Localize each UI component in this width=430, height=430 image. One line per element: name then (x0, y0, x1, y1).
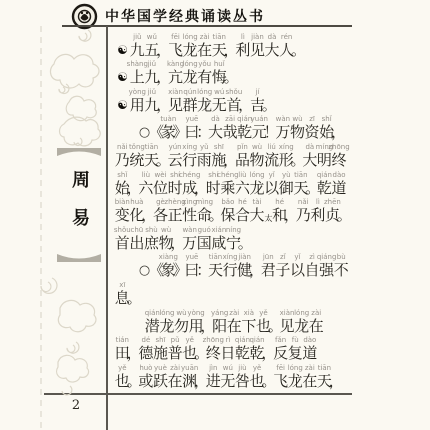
text-line: xī息。 (109, 279, 365, 307)
hanzi-with-pinyin: dà大 (265, 33, 280, 59)
tab-bracket-bottom (57, 254, 101, 262)
hanzi-char: 不 (334, 262, 349, 279)
hanzi-char: 见 (168, 97, 183, 114)
hanzi-with-pinyin: shàng上 (130, 60, 145, 86)
hanzi-with-pinyin: zài在 (303, 364, 318, 390)
hanzi-with-pinyin: yáng阳 (212, 309, 227, 335)
hanzi-with-pinyin: lì利 (236, 33, 251, 59)
hanzi-char: 大 (250, 207, 265, 224)
hanzi-with-pinyin: zhèng正 (168, 198, 183, 224)
hanzi-with-pinyin: wù物 (250, 143, 265, 169)
hanzi-char: 阳 (212, 318, 227, 335)
punctuation: 。 (227, 60, 236, 86)
hanzi-char: 君 (261, 262, 276, 279)
hanzi-char: 上 (130, 69, 145, 86)
hanzi-with-pinyin: wèi位 (153, 171, 168, 197)
hanzi-with-pinyin: jiàn见 (250, 33, 265, 59)
hanzi-char: 有 (197, 69, 212, 86)
hanzi-with-pinyin: xíng行 (223, 253, 238, 279)
hanzi-with-pinyin: qián潜 (145, 309, 160, 335)
hanzi-char: 道 (332, 180, 347, 197)
hanzi-char: 庶 (144, 235, 159, 252)
hanzi-with-pinyin: chéng乘 (221, 171, 236, 197)
punctuation: 》 (176, 253, 185, 279)
punctuation: ， (130, 336, 139, 362)
hanzi-char: 首 (115, 235, 130, 252)
hanzi-char: 利 (235, 42, 250, 59)
hanzi-with-pinyin: wù物 (290, 115, 305, 141)
hanzi-with-pinyin: kàng亢 (168, 60, 183, 86)
hanzi-with-pinyin: yǔ雨 (197, 143, 212, 169)
hanzi-char: 太 (264, 213, 272, 224)
hanzi-char: 。 (238, 235, 253, 252)
hanzi-char: 子 (275, 262, 290, 279)
text-line: shǐ始，liù六wèi位shí时chéng成，shí时chéng乘liù六ló… (109, 169, 365, 197)
punctuation: ， (197, 171, 206, 197)
hanzi-char: 出 (129, 235, 144, 252)
hanzi-with-pinyin: jiǔ九 (130, 33, 145, 59)
hanzi-with-pinyin: dà大 (208, 115, 223, 141)
punctuation: ， (144, 198, 153, 224)
punctuation: ， (252, 253, 261, 279)
text-line: ○《tuàn彖》yuē曰：dà大zāi哉qián乾yuán元！wàn万wù物zī… (109, 114, 365, 142)
page-number: 2 (64, 398, 88, 413)
hanzi-char: 龙 (183, 69, 198, 86)
taiji-bullet-icon: ☯ (115, 97, 130, 114)
hanzi-with-pinyin: fēi飞 (168, 33, 183, 59)
hanzi-char: 位 (153, 180, 168, 197)
hanzi-char: 大 (208, 124, 223, 141)
hanzi-with-pinyin: zài在 (227, 309, 242, 335)
hanzi-with-pinyin: bǎo保 (221, 198, 236, 224)
hanzi-with-pinyin: shù庶 (144, 226, 159, 252)
hanzi-char: 六 (235, 180, 250, 197)
book-title-char-zhou: 周 (64, 166, 98, 192)
hanzi-with-pinyin: rì日 (221, 336, 236, 362)
punctuation: ， (241, 88, 250, 114)
hanzi-char: 以 (290, 262, 305, 279)
punctuation: 。 (271, 309, 280, 335)
text-line: shǒu首chū出shù庶wù物，wàn万guó国xián咸níng宁。 (109, 224, 365, 252)
hanzi-char: 时 (168, 180, 183, 197)
punctuation: ， (287, 198, 296, 224)
hanzi-with-pinyin: zhōng终 (332, 143, 347, 169)
hanzi-with-pinyin: wàn万 (182, 226, 197, 252)
hanzi-char: 乾 (237, 124, 252, 141)
punctuation: 。 (340, 198, 349, 224)
hanzi-char: 终 (332, 152, 347, 169)
punctuation: ！ (267, 115, 276, 141)
text-line: ☯jiǔ九wǔ五，fēi飞lóng龙zài在tiān天，lì利jiàn见dà大r… (109, 31, 365, 59)
hanzi-with-pinyin: zāi哉 (223, 115, 238, 141)
hanzi-with-pinyin: jūn君 (261, 253, 276, 279)
hanzi-char: 资 (305, 124, 320, 141)
hanzi-char: 乃 (296, 207, 311, 224)
hanzi-char: 龙 (197, 97, 212, 114)
hanzi-char: 雨 (197, 152, 212, 169)
hanzi-char: 大 (265, 42, 280, 59)
hanzi-char: 咸 (211, 235, 226, 252)
hanzi-char: 道 (302, 345, 317, 362)
hanzi-char: 无 (220, 373, 235, 390)
text-line: ☯yòng用jiǔ九，xiàn见qún群lóng龙wú无shǒu首，jí吉。 (109, 86, 365, 114)
hanzi-char: 乃 (115, 152, 130, 169)
hanzi-with-pinyin: biàn变 (115, 198, 130, 224)
punctuation: 。 (130, 364, 139, 390)
hanzi-char: 大 (302, 152, 317, 169)
punctuation: 。 (241, 226, 250, 252)
hanzi-char: 物 (250, 152, 265, 169)
hanzi-with-pinyin: liù六 (139, 171, 154, 197)
hanzi-with-pinyin: zǐ子 (276, 253, 291, 279)
hanzi-with-pinyin: nǎi乃 (296, 198, 311, 224)
hanzi-char: 九 (130, 42, 145, 59)
hanzi-char: 云 (168, 152, 183, 169)
hanzi-char: 行 (182, 152, 197, 169)
hanzi-with-pinyin: dào道 (303, 336, 318, 362)
hanzi-with-pinyin: huò或 (139, 364, 154, 390)
hanzi-char: 哉 (223, 124, 238, 141)
hanzi-char: 乾 (317, 180, 332, 197)
hanzi-char: 亢 (168, 69, 183, 86)
hanzi-with-pinyin: dé德 (139, 336, 154, 362)
hanzi-char: 终 (206, 345, 221, 362)
punctuation: ， (159, 88, 168, 114)
hanzi-with-pinyin: zài在 (197, 33, 212, 59)
text-block: ☯jiǔ九wǔ五，fēi飞lóng龙zài在tiān天，lì利jiàn见dà大r… (109, 31, 365, 390)
hanzi-with-pinyin: qián乾 (235, 336, 250, 362)
punctuation: ： (199, 115, 208, 141)
text-line: yě也。huò或yuè跃zài在yuān渊，jìn进wú无jiù咎yě也。fēi… (109, 362, 365, 390)
hanzi-char: 统 (129, 152, 144, 169)
hanzi-char: 在 (227, 318, 242, 335)
punctuation: 。 (130, 281, 139, 307)
hanzi-with-pinyin: qún群 (183, 88, 198, 114)
hanzi-char: 飞 (273, 373, 288, 390)
hanzi-with-pinyin: qiáng强 (319, 253, 334, 279)
text-line: qián潜lóng龙wù勿yòng用，yáng阳zài在xià下yě也。xiàn… (109, 307, 365, 335)
hanzi-with-pinyin: bù不 (334, 253, 349, 279)
hanzi-char: 德 (138, 345, 153, 362)
hanzi-char: 国 (197, 235, 212, 252)
hanzi-char: 复 (288, 345, 303, 362)
book-title-char-yi: 易 (64, 204, 98, 230)
punctuation: ， (173, 226, 182, 252)
hanzi-char: 龙 (288, 373, 303, 390)
hanzi-char: 龙 (183, 42, 198, 59)
punctuation: 。 (159, 143, 168, 169)
punctuation: ， (332, 364, 341, 390)
hanzi-with-pinyin: pǔ普 (168, 336, 183, 362)
hanzi-with-pinyin: nǎi乃 (115, 143, 130, 169)
punctuation: ， (226, 143, 235, 169)
punctuation: ， (334, 115, 343, 141)
hanzi-with-pinyin: liú流 (264, 143, 279, 169)
hanzi-char: 万 (275, 124, 290, 141)
hanzi-with-pinyin: lóng龙 (160, 309, 175, 335)
gloss-char: 太 (264, 204, 272, 224)
hanzi-char: 。 (291, 42, 306, 59)
tab-bracket-top (57, 148, 101, 156)
text-line: nǎi乃tǒng统tiān天。yún云xíng行yǔ雨shī施，pǐn品wù物l… (109, 141, 365, 169)
hanzi-char: 用 (130, 97, 145, 114)
hanzi-with-pinyin: lóng龙 (288, 364, 303, 390)
hanzi-with-pinyin: guó国 (197, 226, 212, 252)
text-line: ○《xiàng象》yuē曰：tiān天xíng行jiàn健，jūn君zǐ子yǐ以… (109, 252, 365, 280)
hanzi-with-pinyin: lóng龙 (183, 60, 198, 86)
hanzi-char: 保 (220, 207, 235, 224)
hanzi-char: 龙 (294, 318, 309, 335)
hanzi-with-pinyin: lóng龙 (294, 309, 309, 335)
hanzi-char: ， (329, 373, 344, 390)
punctuation: ， (264, 336, 273, 362)
hanzi-with-pinyin: pǐn品 (235, 143, 250, 169)
hanzi-with-pinyin: tài大 (250, 198, 265, 224)
hanzi-char: 龙 (250, 180, 265, 197)
hanzi-char: 下 (241, 318, 256, 335)
hanzi-char: 六 (138, 180, 153, 197)
hanzi-char: 勿 (174, 318, 189, 335)
hanzi-char: 品 (235, 152, 250, 169)
hanzi-char: 变 (115, 207, 130, 224)
hanzi-with-pinyin: shī施 (153, 336, 168, 362)
hanzi-char: 万 (182, 235, 197, 252)
punctuation: 。 (294, 143, 303, 169)
hanzi-char: 见 (280, 318, 295, 335)
hanzi-char: 反 (273, 345, 288, 362)
hanzi-char: 施 (153, 345, 168, 362)
hanzi-char: 群 (183, 97, 198, 114)
hanzi-char: 无 (212, 97, 227, 114)
hanzi-with-pinyin: yuè跃 (153, 364, 168, 390)
hanzi-char: 在 (168, 373, 183, 390)
hanzi-char: 在 (197, 42, 212, 59)
hanzi-with-pinyin: lì利 (311, 198, 326, 224)
hanzi-with-pinyin: wàn万 (276, 115, 291, 141)
hanzi-with-pinyin: lóng龙 (250, 171, 265, 197)
hanzi-with-pinyin: fǎn反 (273, 336, 288, 362)
hanzi-char: 。 (262, 97, 277, 114)
hanzi-char: 利 (310, 207, 325, 224)
hanzi-char: ， (331, 124, 346, 141)
hanzi-char: 。 (224, 69, 239, 86)
hanzi-char: 天 (208, 262, 223, 279)
hanzi-char: 物 (290, 124, 305, 141)
taiji-bullet-icon: ☯ (115, 42, 130, 59)
punctuation: 》 (176, 115, 185, 141)
hanzi-with-pinyin: yǐ以 (290, 253, 305, 279)
hanzi-char: 行 (223, 262, 238, 279)
hanzi-char: 在 (302, 373, 317, 390)
punctuation: 。 (294, 33, 303, 59)
punctuation: ， (130, 171, 139, 197)
hanzi-char: 潜 (145, 318, 160, 335)
hanzi-char: 进 (206, 373, 221, 390)
hanzi-char: 在 (309, 318, 324, 335)
hanzi-with-pinyin: jìn进 (206, 364, 221, 390)
hanzi-with-pinyin: jiù咎 (235, 364, 250, 390)
punctuation: 。 (212, 198, 221, 224)
hanzi-char: 飞 (168, 42, 183, 59)
punctuation: 。 (265, 88, 274, 114)
hanzi-with-pinyin: zhōng终 (206, 336, 221, 362)
hanzi-char: 以 (264, 180, 279, 197)
hanzi-with-pinyin: xíng行 (182, 143, 197, 169)
hanzi-char: 强 (319, 262, 334, 279)
hanzi-with-pinyin: lóng龙 (197, 88, 212, 114)
text-line: tián田，dé德shī施pǔ普yě也。zhōng终rì日qián乾qián乾，… (109, 335, 365, 363)
punctuation: 。 (264, 364, 273, 390)
hanzi-with-pinyin: yǒu有 (197, 60, 212, 86)
hanzi-with-pinyin: xiàn见 (168, 88, 183, 114)
hanzi-with-pinyin: tiān天 (208, 253, 223, 279)
hanzi-with-pinyin: zài在 (309, 309, 324, 335)
hanzi-with-pinyin: hé合 (235, 198, 250, 224)
hanzi-with-pinyin: liù六 (235, 171, 250, 197)
hanzi-char: 性 (182, 207, 197, 224)
punctuation: ： (199, 253, 208, 279)
hanzi-char: 跃 (153, 373, 168, 390)
hanzi-with-pinyin: xián咸 (212, 226, 227, 252)
text-line: biàn变huà化，gè各zhèng正xìng性mìng命。bǎo保hé合tài… (109, 197, 365, 225)
punctuation: ， (227, 33, 236, 59)
hanzi-with-pinyin: qián乾 (317, 171, 332, 197)
hanzi-with-pinyin: yún云 (168, 143, 183, 169)
hanzi-with-pinyin: dào道 (332, 171, 347, 197)
hanzi-char: 御 (279, 180, 294, 197)
taiji-bullet-icon: ☯ (115, 69, 130, 86)
hanzi-char: 。 (127, 290, 142, 307)
hanzi-char: 龙 (159, 318, 174, 335)
hanzi-char: 时 (206, 180, 221, 197)
hanzi-with-pinyin: wú无 (221, 364, 236, 390)
hanzi-with-pinyin: xiàn见 (280, 309, 295, 335)
hanzi-char: 普 (168, 345, 183, 362)
series-title: 中华国学经典诵读丛书 (105, 6, 265, 26)
hanzi-with-pinyin: xià下 (242, 309, 257, 335)
hanzi-with-pinyin: lóng龙 (183, 33, 198, 59)
hanzi-char: 。 (337, 207, 352, 224)
hanzi-with-pinyin: wú无 (212, 88, 227, 114)
hanzi-char: 正 (168, 207, 183, 224)
hanzi-with-pinyin: yǐ以 (264, 171, 279, 197)
hanzi-char: 乘 (220, 180, 235, 197)
punctuation: 。 (308, 171, 317, 197)
punctuation: ， (197, 364, 206, 390)
hanzi-char: 流 (264, 152, 279, 169)
hanzi-with-pinyin: shǒu首 (115, 226, 130, 252)
hanzi-char: 明 (317, 152, 332, 169)
hanzi-with-pinyin: yù御 (279, 171, 294, 197)
hanzi-char: 见 (250, 42, 265, 59)
hanzi-with-pinyin: zī资 (305, 115, 320, 141)
hanzi-with-pinyin: chū出 (130, 226, 145, 252)
hanzi-with-pinyin: yòng用 (130, 88, 145, 114)
hanzi-char: 乾 (235, 345, 250, 362)
hanzi-with-pinyin: fēi飞 (273, 364, 288, 390)
hanzi-char: 或 (138, 373, 153, 390)
hanzi-char: 各 (153, 207, 168, 224)
hanzi-char: 咎 (235, 373, 250, 390)
hanzi-with-pinyin: fù复 (288, 336, 303, 362)
hanzi-with-pinyin: tǒng统 (130, 143, 145, 169)
hanzi-char: 自 (305, 262, 320, 279)
text-line: ☯shàng上jiǔ九，kàng亢lóng龙yǒu有huǐ悔。 (109, 59, 365, 87)
punctuation: ， (159, 33, 168, 59)
hanzi-char: 合 (235, 207, 250, 224)
hanzi-char: 日 (220, 345, 235, 362)
